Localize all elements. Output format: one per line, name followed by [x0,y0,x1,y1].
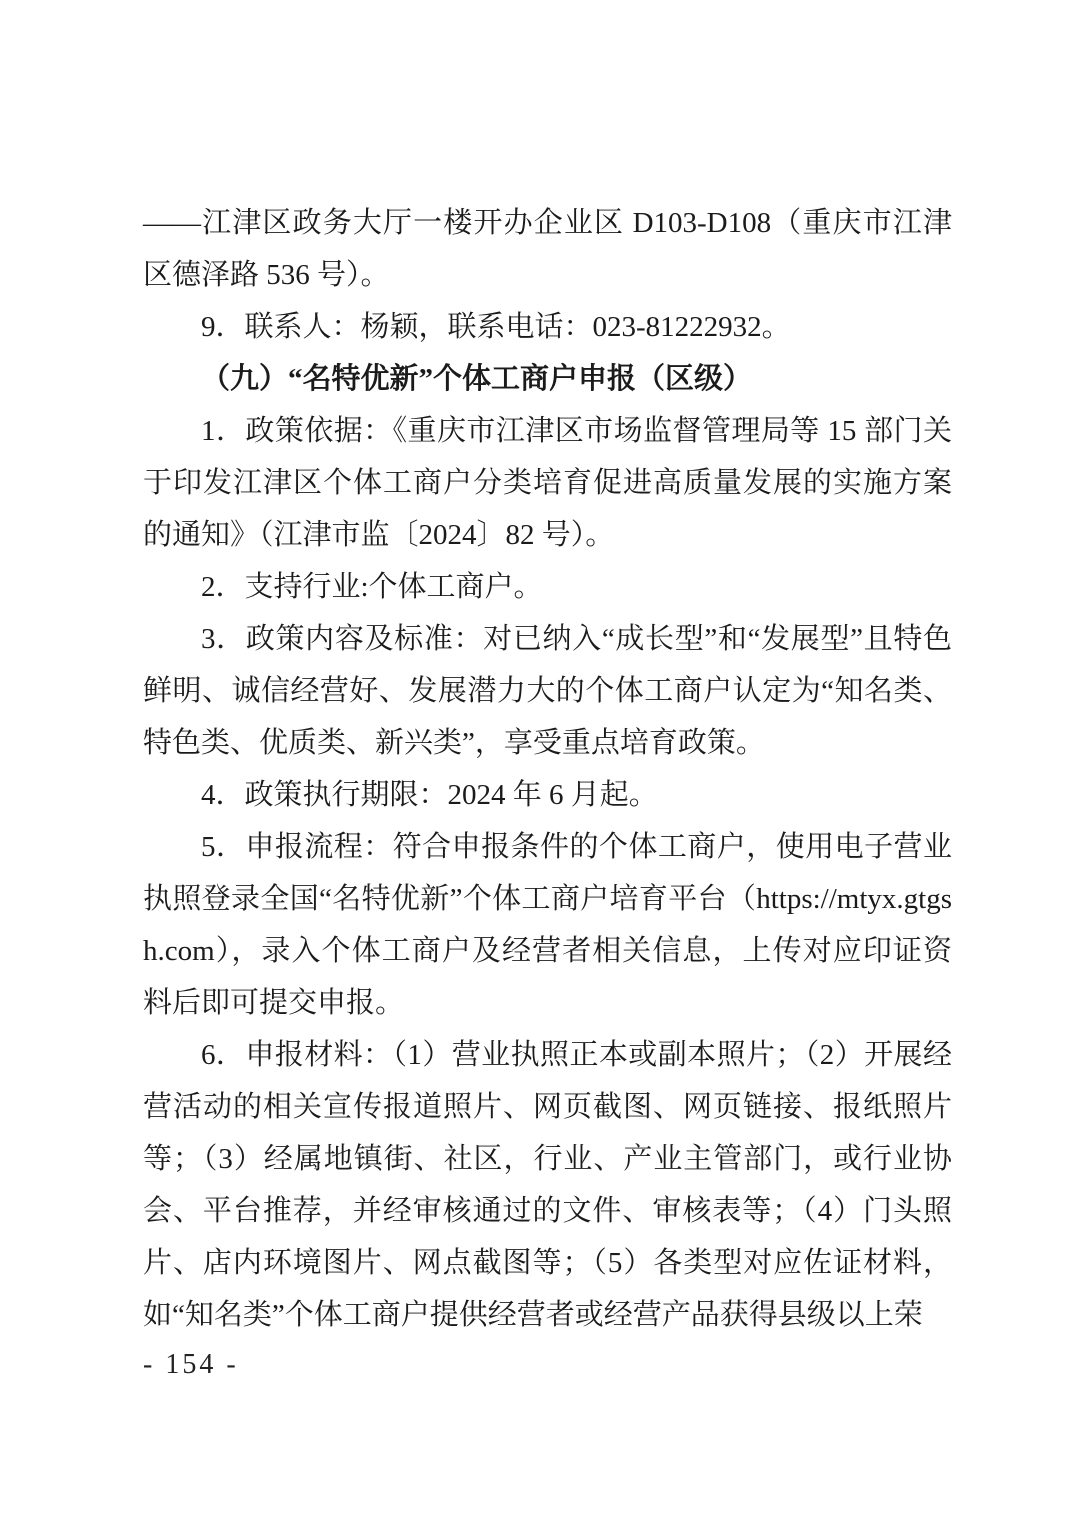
document-page: ——江津区政务大厅一楼开办企业区 D103-D108（重庆市江津区德泽路 536… [0,0,1074,1520]
page-number: - 154 - [143,1349,239,1381]
paragraph: ——江津区政务大厅一楼开办企业区 D103-D108（重庆市江津区德泽路 536… [143,197,952,301]
paragraph: 1．政策依据：《重庆市江津区市场监督管理局等 15 部门关于印发江津区个体工商户… [143,405,952,561]
paragraph: 3．政策内容及标准：对已纳入“成长型”和“发展型”且特色鲜明、诚信经营好、发展潜… [143,613,952,769]
paragraph: 9．联系人：杨颖，联系电话：023-81222932。 [143,301,952,353]
paragraph: 4．政策执行期限：2024 年 6 月起。 [143,769,952,821]
document-body: ——江津区政务大厅一楼开办企业区 D103-D108（重庆市江津区德泽路 536… [143,197,952,1341]
paragraph: 5．申报流程：符合申报条件的个体工商户，使用电子营业执照登录全国“名特优新”个体… [143,821,952,1029]
section-heading: （九）“名特优新”个体工商户申报（区级） [143,353,952,405]
paragraph: 2．支持行业:个体工商户。 [143,561,952,613]
paragraph: 6．申报材料：（1）营业执照正本或副本照片；（2）开展经营活动的相关宣传报道照片… [143,1029,952,1341]
